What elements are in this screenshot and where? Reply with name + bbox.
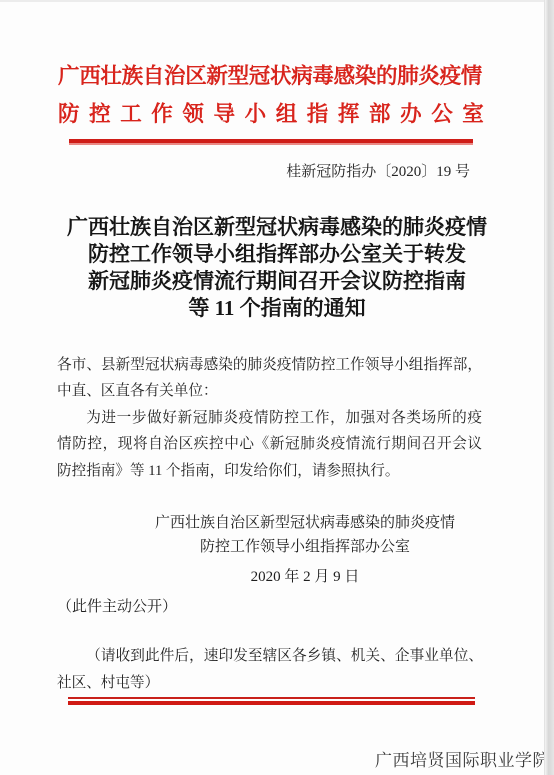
distribution-note: （请收到此件后，速印发至辖区各乡镇、机关、企事业单位、 社区、村屯等） — [57, 643, 483, 696]
page-top-edge — [0, 0, 554, 2]
signature-org-line2: 防控工作领导小组指挥部办公室 — [93, 535, 517, 559]
distribution-line-1: （请收到此件后，速印发至辖区各乡镇、机关、企事业单位、 — [57, 643, 483, 670]
title-line-4: 等 11 个指南的通知 — [40, 295, 514, 322]
masthead-org-line1: 广西壮族自治区新型冠状病毒感染的肺炎疫情 — [58, 57, 482, 95]
title-line-3: 新冠肺炎疫情流行期间召开会议防控指南 — [40, 268, 514, 295]
title-line-2: 防控工作领导小组指挥部办公室关于转发 — [40, 241, 514, 268]
addressee-line-2: 中直、区直各有关单位： — [57, 378, 482, 404]
document-title: 广西壮族自治区新型冠状病毒感染的肺炎疫情 防控工作领导小组指挥部办公室关于转发 … — [40, 214, 514, 322]
distribution-line-2: 社区、村屯等） — [57, 670, 483, 697]
signature-block: 广西壮族自治区新型冠状病毒感染的肺炎疫情 防控工作领导小组指挥部办公室 2020… — [93, 511, 517, 589]
paragraph-line-1: 为进一步做好新冠肺炎疫情防控工作，加强对各类场所的疫 — [57, 405, 482, 431]
publicity-note: （此件主动公开） — [57, 595, 177, 616]
signature-org-line1: 广西壮族自治区新型冠状病毒感染的肺炎疫情 — [93, 511, 517, 535]
red-masthead: 广西壮族自治区新型冠状病毒感染的肺炎疫情 防控工作领导小组指挥部办公室 — [58, 57, 482, 133]
signature-date: 2020 年 2 月 9 日 — [93, 565, 517, 589]
title-line-1: 广西壮族自治区新型冠状病毒感染的肺炎疫情 — [40, 214, 514, 241]
document-number: 桂新冠防指办〔2020〕19 号 — [58, 160, 470, 181]
masthead-org-line2: 防控工作领导小组指挥部办公室 — [58, 95, 492, 133]
document-page: 广西壮族自治区新型冠状病毒感染的肺炎疫情 防控工作领导小组指挥部办公室 桂新冠防… — [0, 0, 554, 775]
school-watermark: 广西培贤国际职业学院 — [375, 746, 550, 771]
red-rule-top-thin — [69, 143, 473, 145]
addressee-line-1: 各市、县新型冠状病毒感染的肺炎疫情防控工作领导小组指挥部， — [57, 352, 482, 378]
red-rule-bottom-thick — [68, 701, 475, 706]
document-body: 各市、县新型冠状病毒感染的肺炎疫情防控工作领导小组指挥部， 中直、区直各有关单位… — [57, 352, 482, 484]
red-rule-top — [69, 139, 473, 145]
paragraph-line-2: 情防控，现将自治区疾控中心《新冠肺炎疫情流行期间召开会议 — [57, 431, 482, 457]
paragraph-line-3: 防控指南》等 11 个指南，印发给你们，请参照执行。 — [57, 458, 482, 484]
red-rule-bottom — [68, 697, 475, 705]
page-right-edge — [544, 0, 554, 775]
